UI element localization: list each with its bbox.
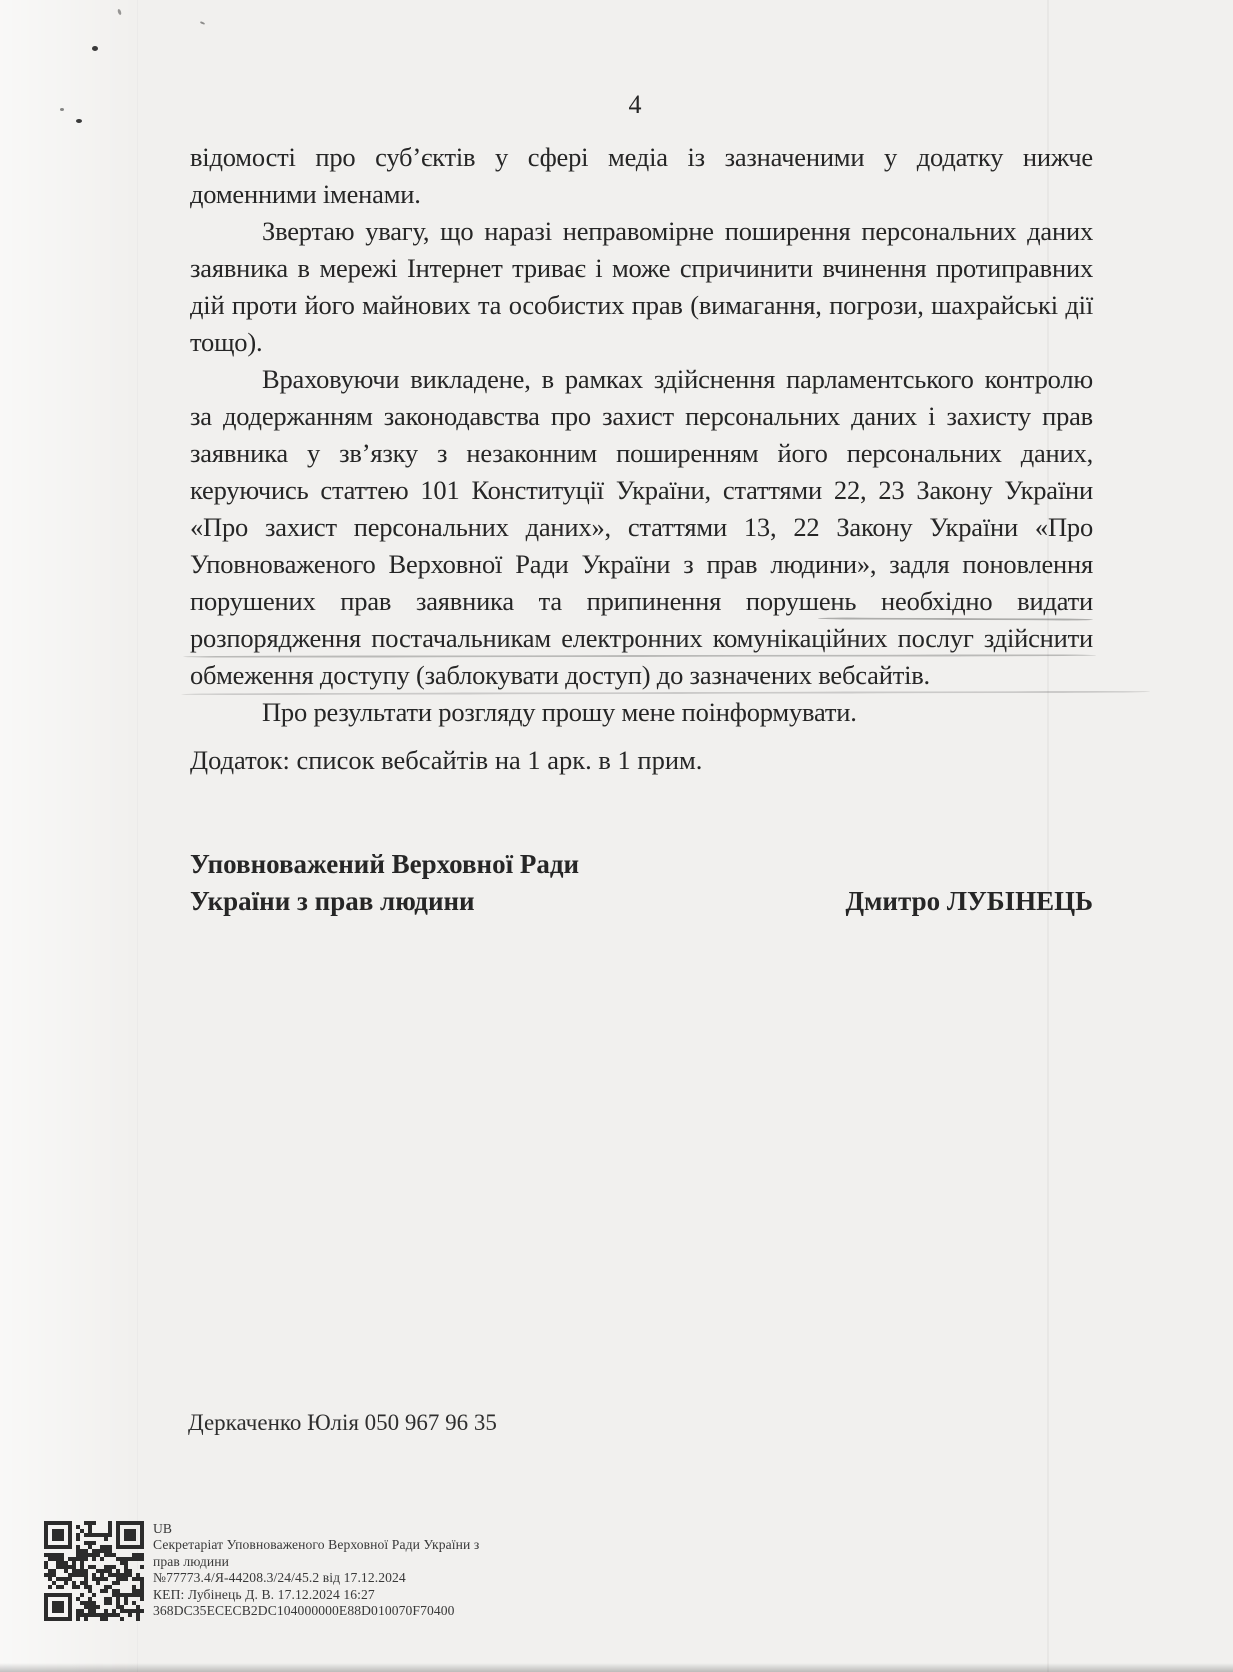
body-paragraph: Про результати розгляду прошу мене поінф…	[190, 694, 1093, 731]
executor-contact: Деркаченко Юлія 050 967 96 35	[188, 1410, 497, 1436]
stamp-org-line1: Секретаріат Уповноваженого Верховної Рад…	[153, 1537, 479, 1553]
signatory-position-line2: України з прав людини	[190, 883, 579, 920]
attachment-note: Додаток: список вебсайтів на 1 арк. в 1 …	[190, 745, 702, 776]
signatory-name: Дмитро ЛУБІНЕЦЬ	[845, 883, 1093, 920]
ink-speck	[200, 21, 205, 25]
ink-speck	[92, 46, 98, 51]
stamp-org-line2: прав людини	[153, 1554, 479, 1570]
body-paragraph: Враховуючи викладене, в рамках здійсненн…	[190, 361, 1093, 694]
scan-edge-shadow	[0, 0, 138, 1672]
signature-block: Уповноважений Верховної Ради України з п…	[190, 846, 1093, 920]
ink-speck	[117, 9, 122, 16]
scan-bottom-edge	[0, 1663, 1233, 1672]
stamp-text: UB Секретаріат Уповноваженого Верховної …	[153, 1521, 479, 1619]
signatory-position-line1: Уповноважений Верховної Ради	[190, 846, 579, 883]
signatory-position: Уповноважений Верховної Ради України з п…	[190, 846, 579, 920]
page-number: 4	[0, 90, 1233, 120]
stamp-org-code: UB	[153, 1521, 479, 1537]
stamp-hash: 368DC35ECECB2DC104000000E88D010070F70400	[153, 1603, 479, 1619]
document-page: 4 відомості про суб’єктів у сфері медіа …	[0, 0, 1233, 1672]
stamp-reg-number: №77773.4/Я-44208.3/24/45.2 від 17.12.202…	[153, 1570, 479, 1586]
e-signature-stamp: UB Секретаріат Уповноваженого Верховної …	[44, 1521, 479, 1621]
stamp-signature-info: КЕП: Лубінець Д. В. 17.12.2024 16:27	[153, 1587, 479, 1603]
body-paragraph: Звертаю увагу, що наразі неправомірне по…	[190, 213, 1093, 361]
body-paragraph: відомості про суб’єктів у сфері медіа із…	[190, 139, 1093, 213]
qr-code	[44, 1521, 144, 1621]
document-body: відомості про суб’єктів у сфері медіа із…	[190, 139, 1093, 731]
